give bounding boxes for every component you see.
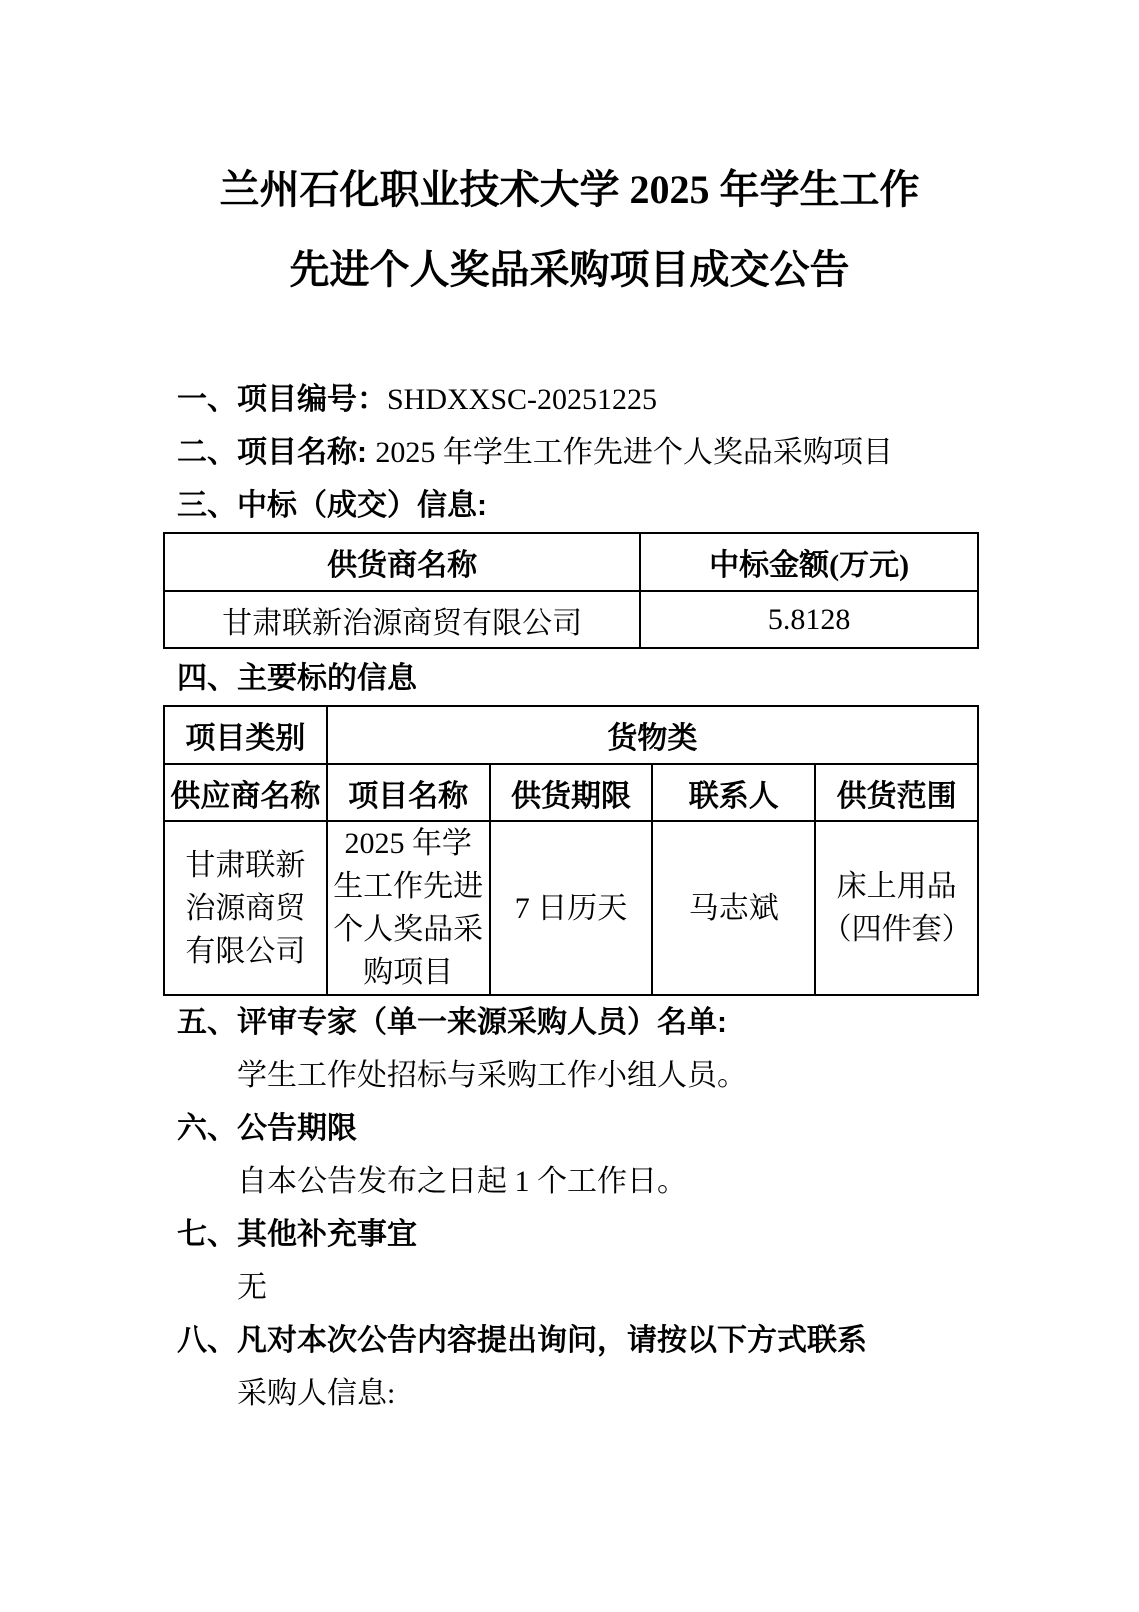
subject-table: 项目类别 货物类 供应商名称 项目名称 供货期限 联系人 供货范围 甘肃联新 治…	[163, 705, 979, 996]
section-experts-label: 五、评审专家（单一来源采购人员）名单:	[177, 1006, 727, 1039]
subject-header-scope: 供货范围	[815, 764, 978, 821]
section-other-matters-label: 七、其他补充事宜	[177, 1218, 417, 1251]
section-subject-info: 四、主要标的信息	[163, 652, 979, 705]
award-table-header-row: 供货商名称 中标金额(万元)	[164, 533, 978, 591]
project-name-value: 2025 年学生工作先进个人奖品采购项目	[375, 436, 893, 469]
title-line-1: 兰州石化职业技术大学 2025 年学生工作	[0, 150, 1139, 230]
subject-header-supplier: 供应商名称	[164, 764, 327, 821]
subject-supplier-cell: 甘肃联新 治源商贸 有限公司	[164, 821, 327, 995]
subject-header-project-name: 项目名称	[327, 764, 490, 821]
section-project-name: 二、项目名称: 2025 年学生工作先进个人奖品采购项目	[163, 426, 979, 479]
section-experts-content: 学生工作处招标与采购工作小组人员。	[163, 1049, 979, 1102]
section-project-number-label: 一、项目编号：	[177, 383, 387, 416]
subject-category-label-cell: 项目类别	[164, 706, 327, 764]
title-line-2: 先进个人奖品采购项目成交公告	[0, 230, 1139, 310]
subject-scope-cell: 床上用品 （四件套）	[815, 821, 978, 995]
section-inquiry-content: 采购人信息:	[163, 1367, 979, 1420]
section-experts: 五、评审专家（单一来源采购人员）名单:	[163, 996, 979, 1049]
award-supplier-cell: 甘肃联新治源商贸有限公司	[164, 591, 640, 648]
purchaser-info-text: 采购人信息:	[237, 1377, 395, 1410]
subject-delivery-period-cell: 7 日历天	[490, 821, 653, 995]
subject-table-data-row: 甘肃联新 治源商贸 有限公司 2025 年学 生工作先进 个人奖品采 购项目 7…	[164, 821, 978, 995]
section-inquiry: 八、凡对本次公告内容提出询问，请按以下方式联系	[163, 1314, 979, 1367]
section-inquiry-label: 八、凡对本次公告内容提出询问，请按以下方式联系	[177, 1324, 867, 1357]
subject-table-category-row: 项目类别 货物类	[164, 706, 978, 764]
subject-header-delivery-period: 供货期限	[490, 764, 653, 821]
award-amount-cell: 5.8128	[640, 591, 978, 648]
section-project-number: 一、项目编号：SHDXXSC-20251225	[163, 373, 979, 426]
subject-table-header-row: 供应商名称 项目名称 供货期限 联系人 供货范围	[164, 764, 978, 821]
announcement-period-text: 自本公告发布之日起 1 个工作日。	[237, 1165, 687, 1198]
document-title: 兰州石化职业技术大学 2025 年学生工作 先进个人奖品采购项目成交公告	[0, 0, 1139, 310]
section-other-matters: 七、其他补充事宜	[163, 1208, 979, 1261]
project-number-value: SHDXXSC-20251225	[387, 383, 657, 416]
subject-contact-cell: 马志斌	[652, 821, 815, 995]
section-announcement-period: 六、公告期限	[163, 1102, 979, 1155]
subject-category-value-cell: 货物类	[327, 706, 978, 764]
section-announcement-period-content: 自本公告发布之日起 1 个工作日。	[163, 1155, 979, 1208]
section-other-matters-content: 无	[163, 1261, 979, 1314]
award-table-header-amount: 中标金额(万元)	[640, 533, 978, 591]
subject-project-name-cell: 2025 年学 生工作先进 个人奖品采 购项目	[327, 821, 490, 995]
other-matters-text: 无	[237, 1271, 267, 1304]
subject-header-contact: 联系人	[652, 764, 815, 821]
award-table-data-row: 甘肃联新治源商贸有限公司 5.8128	[164, 591, 978, 648]
award-table: 供货商名称 中标金额(万元) 甘肃联新治源商贸有限公司 5.8128	[163, 532, 979, 649]
award-table-header-supplier: 供货商名称	[164, 533, 640, 591]
section-project-name-label: 二、项目名称:	[177, 436, 375, 469]
section-announcement-period-label: 六、公告期限	[177, 1112, 357, 1145]
section-award-info-label: 三、中标（成交）信息:	[177, 489, 487, 522]
document-page: 兰州石化职业技术大学 2025 年学生工作 先进个人奖品采购项目成交公告 一、项…	[0, 0, 1139, 1612]
experts-content-text: 学生工作处招标与采购工作小组人员。	[237, 1059, 747, 1092]
section-subject-info-label: 四、主要标的信息	[177, 662, 417, 695]
section-award-info: 三、中标（成交）信息:	[163, 479, 979, 532]
document-body: 一、项目编号：SHDXXSC-20251225 二、项目名称: 2025 年学生…	[163, 373, 979, 1420]
